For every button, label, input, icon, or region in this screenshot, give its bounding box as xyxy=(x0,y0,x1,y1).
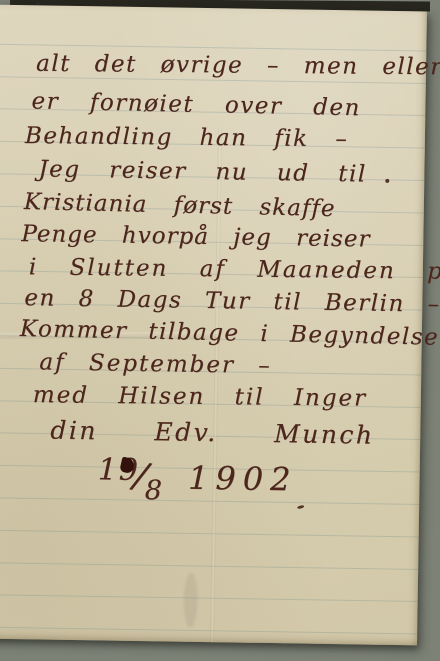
handwritten-line: med Hilsen til Inger xyxy=(33,384,367,410)
paper-smudge xyxy=(183,573,198,628)
handwritten-line: Kristiania først skaffe xyxy=(24,191,336,221)
handwritten-line: Kommer tilbage i Begyndelsen xyxy=(20,318,440,350)
handwritten-line: af September – xyxy=(39,351,272,378)
handwritten-line: alt det øvrige – men ellers xyxy=(36,53,440,80)
handwritten-line: i Slutten af Maaneden på xyxy=(29,256,440,284)
ink-speck xyxy=(297,505,305,510)
handwritten-line: Behandling han fik – xyxy=(25,125,349,151)
scan-background: { "colors": { "background": "#7d8276", "… xyxy=(0,0,440,661)
letter-page: alt det øvrige – men ellers er fornøiet … xyxy=(0,5,427,646)
handwritten-line: Jeg reiser nu ud til xyxy=(38,158,367,186)
handwritten-line: Penge hvorpå jeg reiser xyxy=(21,223,370,251)
handwritten-line: en 8 Dags Tur til Berlin – xyxy=(24,287,440,317)
signature-line: din Edv. Munch xyxy=(50,418,375,448)
date-year: 1902 xyxy=(188,459,298,499)
ink-speck xyxy=(385,179,389,183)
date-month: 8 xyxy=(144,475,164,506)
handwritten-line: er fornøiet over den xyxy=(31,90,361,120)
